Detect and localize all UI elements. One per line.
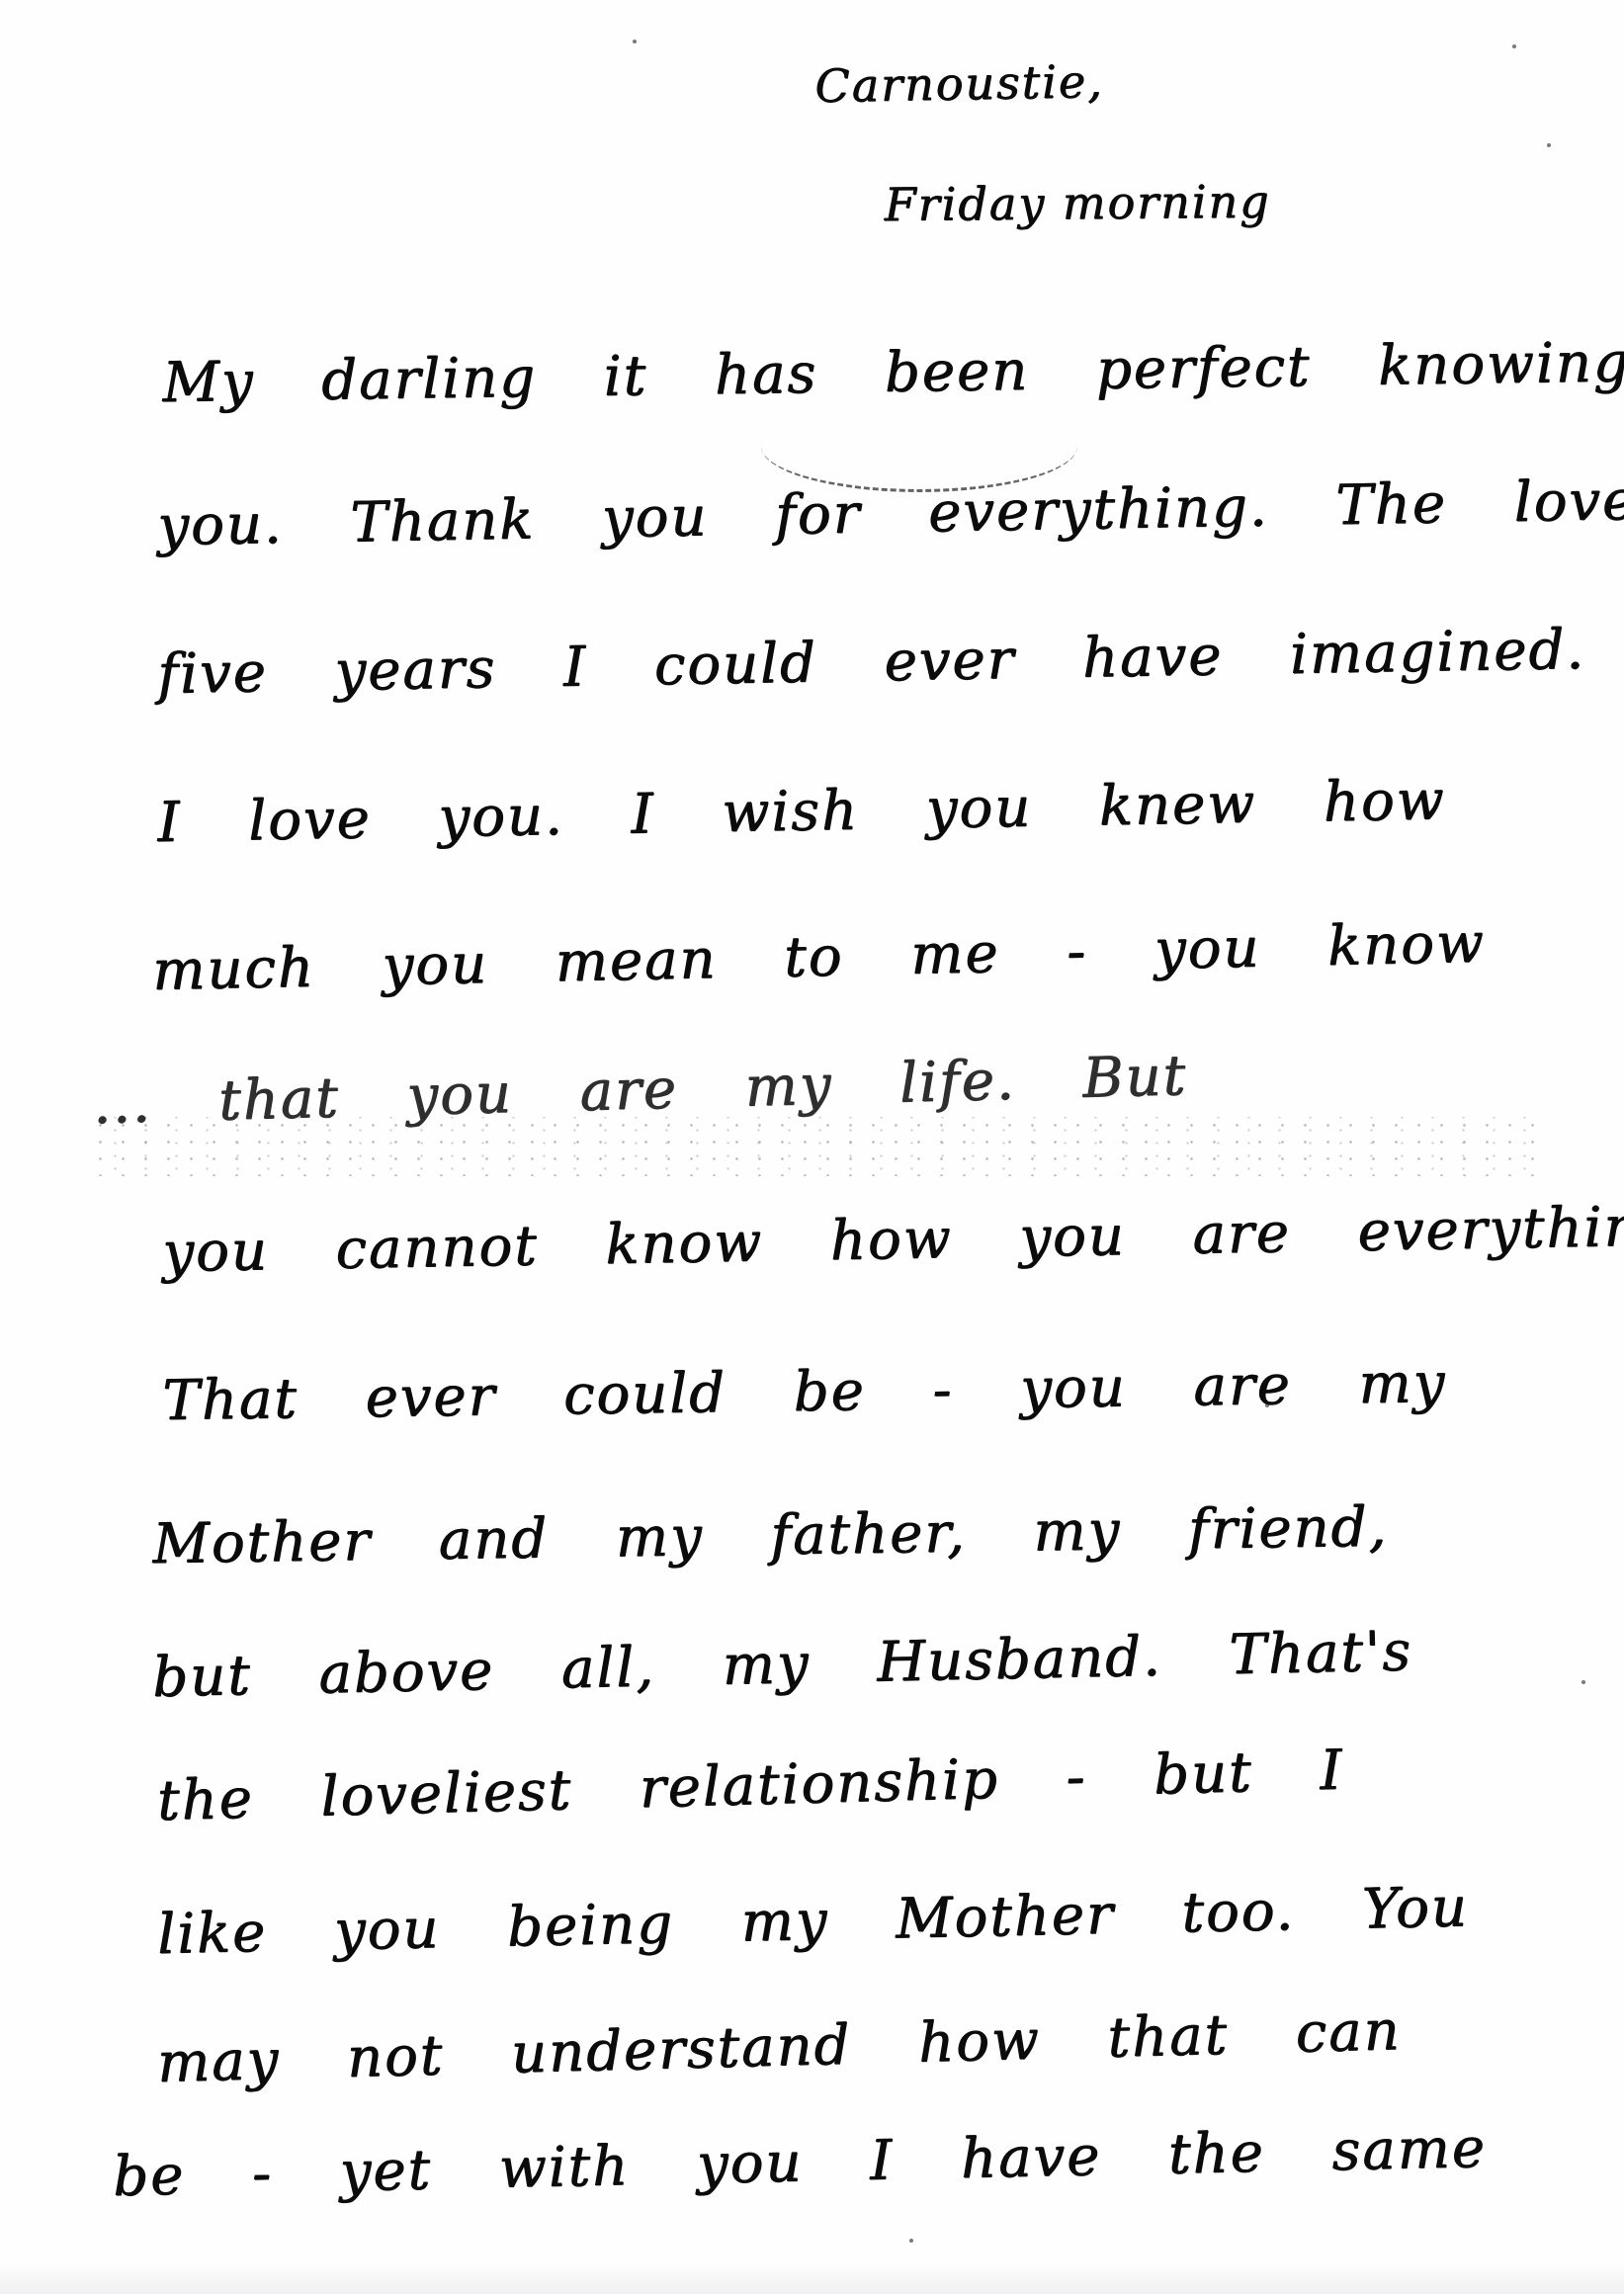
scan-speck (1512, 44, 1516, 48)
letter-line-4: I love you. I wish you knew how (157, 768, 1446, 855)
letter-dateline: Friday morning (885, 175, 1271, 231)
letter-line-12: like you being my Mother too. You (157, 1875, 1470, 1967)
letter-line-9: Mother and my father, my friend, (152, 1495, 1389, 1576)
letter-line-10: but above all, my Husband. That's (152, 1619, 1413, 1710)
letter-page: Carnoustie, Friday morning My darling it… (0, 0, 1624, 2294)
letter-line-3: five years I could ever have imagined. (157, 618, 1586, 707)
scan-speck (1547, 143, 1551, 147)
letter-line-13: may not understand how that can (156, 1998, 1402, 2095)
scan-speck (909, 2239, 913, 2243)
letter-line-11: the loveliest relationship - but I (156, 1739, 1344, 1833)
scan-speck (1265, 1403, 1269, 1407)
letter-line-5: much you mean to me - you know (152, 911, 1487, 1003)
letter-line-7: you cannot know how you are everything (162, 1194, 1624, 1285)
scan-speck (1581, 1680, 1585, 1684)
scan-speck (633, 40, 637, 43)
letter-line-14: be - yet with you I have the same (113, 2116, 1488, 2209)
letter-line-8: That ever could be - you are my (162, 1351, 1447, 1433)
letter-place: Carnoustie, (814, 54, 1104, 113)
letter-line-1: My darling it has been perfect knowing (162, 330, 1624, 415)
